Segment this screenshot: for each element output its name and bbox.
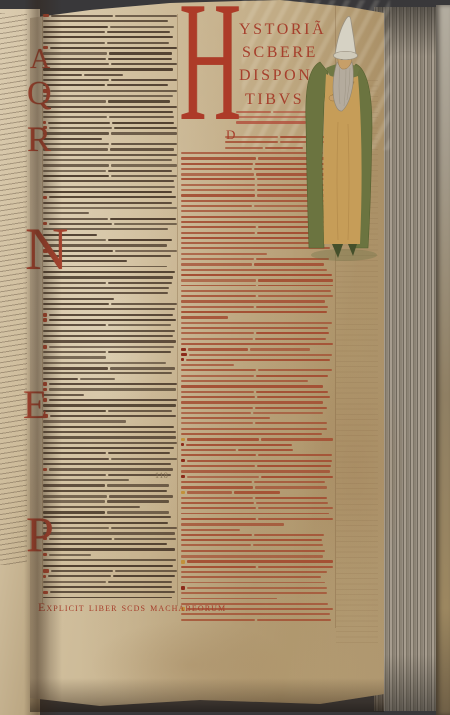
text-line [43, 154, 177, 156]
text-line [181, 422, 333, 424]
text-line [43, 383, 177, 385]
text-line [43, 106, 177, 108]
text-line [181, 619, 333, 621]
text-line [43, 116, 177, 118]
text-line [43, 511, 177, 513]
text-line [43, 170, 177, 172]
prophet-figure-illustration [298, 12, 390, 264]
text-line [43, 127, 177, 129]
text-line [43, 212, 177, 214]
text-line [181, 518, 333, 520]
text-line [181, 332, 333, 334]
text-line [181, 544, 333, 546]
text-line [43, 340, 177, 342]
text-line [181, 555, 333, 557]
text-line [43, 52, 177, 54]
text-line [43, 532, 177, 534]
text-line [181, 481, 333, 483]
text-line [43, 426, 177, 428]
text-line [43, 500, 177, 502]
text-line [43, 527, 177, 529]
text-line [43, 570, 177, 572]
text-line [43, 415, 177, 417]
text-line [181, 576, 333, 578]
text-line [43, 431, 177, 433]
text-line [181, 385, 333, 387]
prophet-hat [335, 16, 356, 55]
text-line [43, 458, 177, 460]
text-line [181, 598, 333, 600]
text-line [181, 391, 333, 393]
folio-number: 118 [155, 471, 168, 480]
text-line [181, 529, 333, 531]
text-line [43, 180, 177, 182]
text-line [43, 186, 177, 188]
text-line [43, 31, 177, 33]
text-line [181, 454, 333, 456]
text-line [43, 207, 177, 209]
text-line [43, 581, 177, 583]
text-line [43, 346, 177, 348]
text-line [181, 269, 333, 271]
marginal-initial-q: Q [27, 77, 52, 111]
manuscript-photo: H YSTORIÃSCBEREDISPONĒTIBVS D AQRNEP Exp… [0, 0, 450, 715]
text-line [181, 412, 333, 414]
text-line [43, 351, 177, 353]
text-line [181, 401, 333, 403]
text-line [43, 202, 177, 204]
text-line [43, 394, 177, 396]
text-line [181, 507, 333, 509]
text-line [43, 164, 177, 166]
text-line [43, 175, 177, 177]
text-line [43, 335, 177, 337]
text-line [181, 274, 333, 276]
text-line [43, 308, 177, 310]
text-line [43, 586, 177, 588]
text-line [43, 138, 177, 140]
marginal-initial-a: A [30, 46, 50, 74]
text-line [181, 322, 333, 324]
text-line [43, 324, 177, 326]
text-line [43, 548, 177, 550]
text-line [181, 359, 333, 361]
text-line [43, 68, 177, 70]
facing-page-text-lines [0, 13, 27, 565]
text-line [43, 356, 177, 358]
text-line [43, 143, 177, 145]
incipit-line: TIBVS [245, 92, 304, 108]
text-line [43, 559, 177, 561]
text-line [43, 543, 177, 545]
text-line [181, 343, 333, 345]
text-line [43, 74, 177, 76]
text-line [181, 348, 333, 350]
text-line [181, 571, 333, 573]
text-line [43, 506, 177, 508]
text-line [43, 463, 177, 465]
text-line [181, 306, 333, 308]
text-line [43, 303, 177, 305]
text-line [43, 372, 177, 374]
text-line [43, 159, 177, 161]
illuminated-initial-h: H [179, 1, 241, 125]
text-line [43, 410, 177, 412]
text-line [181, 300, 333, 302]
text-line [43, 442, 177, 444]
text-line [43, 319, 177, 321]
text-line [181, 444, 333, 446]
text-line [43, 388, 177, 390]
text-line [43, 522, 177, 524]
text-line [181, 311, 333, 313]
text-line [181, 587, 333, 589]
text-line [181, 523, 333, 525]
text-line [181, 396, 333, 398]
text-line [181, 497, 333, 499]
text-line [43, 378, 177, 380]
text-line [181, 592, 333, 594]
text-line [181, 279, 333, 281]
book-cover-edge [436, 5, 450, 715]
text-line [43, 314, 177, 316]
text-line [181, 338, 333, 340]
text-line [181, 476, 333, 478]
text-line [181, 470, 333, 472]
text-line [181, 285, 333, 287]
text-line [43, 404, 177, 406]
text-line [43, 148, 177, 150]
text-line [43, 132, 177, 134]
text-line [181, 380, 333, 382]
text-line [43, 452, 177, 454]
marginal-initial-n: N [25, 219, 68, 279]
marginal-initial-r: R [27, 121, 51, 157]
text-line [43, 447, 177, 449]
text-line [43, 362, 177, 364]
text-line [43, 597, 177, 599]
text-line [43, 26, 177, 28]
text-line [43, 20, 177, 22]
text-line [43, 100, 177, 102]
text-line [43, 436, 177, 438]
text-line [181, 465, 333, 467]
text-line [43, 399, 177, 401]
text-line [43, 591, 177, 593]
text-line [181, 491, 333, 493]
text-line [181, 502, 333, 504]
text-line [181, 407, 333, 409]
text-line [43, 63, 177, 65]
text-line [181, 428, 333, 430]
text-line [43, 287, 177, 289]
text-line [181, 316, 333, 318]
text-line [181, 290, 333, 292]
text-line [43, 36, 177, 38]
text-line [181, 327, 333, 329]
text-line [43, 58, 177, 60]
text-line [181, 550, 333, 552]
ruling-line [177, 14, 178, 606]
text-line [181, 354, 333, 356]
text-line [43, 111, 177, 113]
text-line [43, 330, 177, 332]
text-line [181, 513, 333, 515]
prophet-ground [311, 249, 377, 261]
small-initial-d: D [226, 128, 235, 141]
text-line [43, 191, 177, 193]
text-line [43, 554, 177, 556]
text-line [43, 15, 177, 17]
text-line [43, 298, 177, 300]
explicit-line: Explicit liber scds machabeorum [38, 600, 226, 615]
marginal-initial-e: E [23, 385, 47, 425]
text-line [43, 575, 177, 577]
text-line [181, 433, 333, 435]
text-line [43, 122, 177, 124]
text-line [181, 369, 333, 371]
marginal-initial-p: P [26, 509, 54, 559]
text-line [43, 95, 177, 97]
text-column-left [43, 15, 177, 602]
text-line [181, 560, 333, 562]
text-line [181, 438, 333, 440]
text-line [181, 295, 333, 297]
text-line [181, 486, 333, 488]
text-line [181, 375, 333, 377]
text-line [181, 566, 333, 568]
text-line [43, 292, 177, 294]
text-line [181, 417, 333, 419]
text-line [43, 42, 177, 44]
text-line [43, 490, 177, 492]
text-line [181, 534, 333, 536]
text-line [181, 460, 333, 462]
prophet-hat-brim [334, 51, 358, 59]
text-line [43, 495, 177, 497]
text-line [181, 449, 333, 451]
text-line [43, 565, 177, 567]
text-line [43, 84, 177, 86]
text-line [43, 420, 177, 422]
text-line [43, 516, 177, 518]
text-line [43, 484, 177, 486]
text-line [43, 367, 177, 369]
text-line [43, 47, 177, 49]
text-line [181, 582, 333, 584]
text-line [43, 79, 177, 81]
text-line [43, 196, 177, 198]
text-line [181, 364, 333, 366]
text-line [181, 539, 333, 541]
text-line [43, 538, 177, 540]
text-line [43, 90, 177, 92]
